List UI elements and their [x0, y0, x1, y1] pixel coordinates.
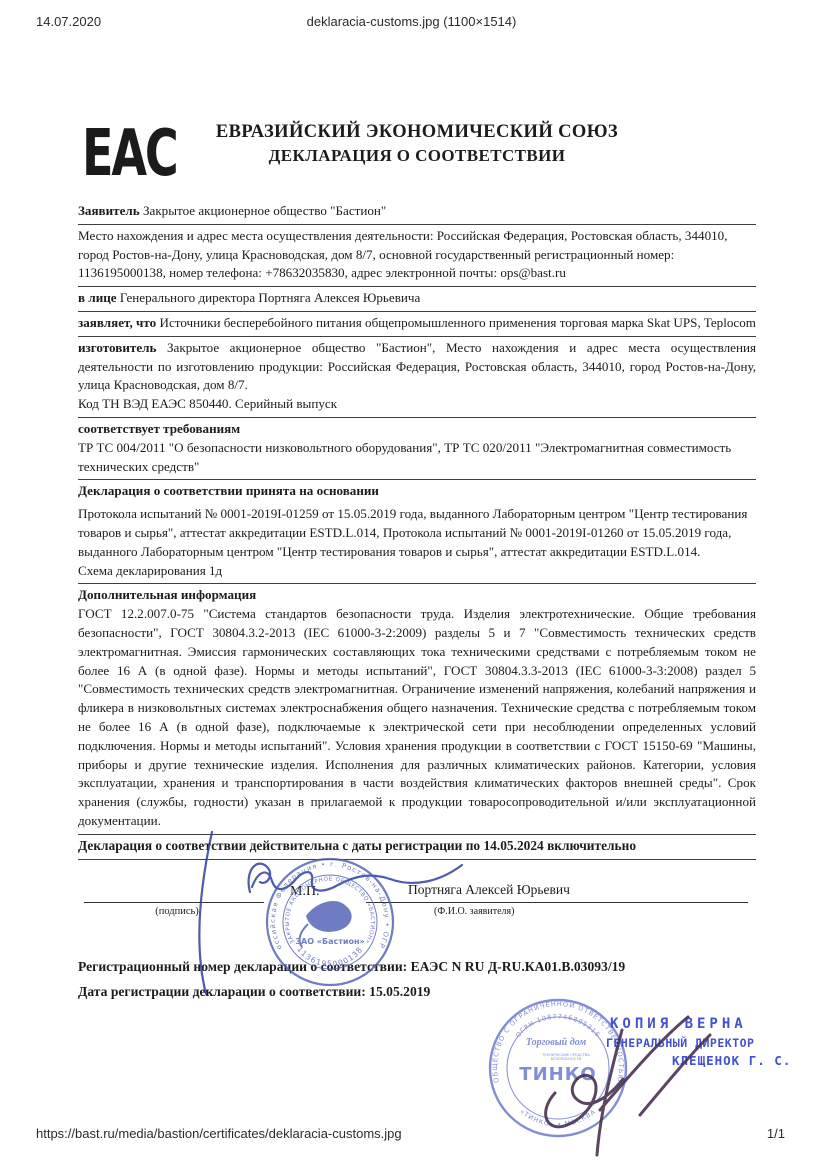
registration-date-line: Дата регистрации декларации о соответств…: [78, 979, 756, 1004]
section-address: Место нахождения и адрес места осуществл…: [78, 225, 756, 287]
declaration-document: EAC ЕВРАЗИЙСКИЙ ЭКОНОМИЧЕСКИЙ СОЮЗ ДЕКЛА…: [78, 96, 756, 1004]
title-line-1: ЕВРАЗИЙСКИЙ ЭКОНОМИЧЕСКИЙ СОЮЗ: [78, 122, 756, 143]
registration-number-line: Регистрационный номер декларации о соотв…: [78, 954, 756, 979]
declares-label: заявляет, что: [78, 315, 156, 330]
applicant-label: Заявитель: [78, 203, 140, 218]
person-label: в лице: [78, 290, 117, 305]
requirements-heading: соответствует требованиям: [78, 420, 756, 439]
footer-url: https://bast.ru/media/bastion/certificat…: [36, 1126, 402, 1141]
document-masthead: EAC ЕВРАЗИЙСКИЙ ЭКОНОМИЧЕСКИЙ СОЮЗ ДЕКЛА…: [78, 96, 756, 200]
document-title: ЕВРАЗИЙСКИЙ ЭКОНОМИЧЕСКИЙ СОЮЗ ДЕКЛАРАЦИ…: [78, 96, 756, 166]
additional-info-heading: Дополнительная информация: [78, 586, 756, 605]
title-line-2: ДЕКЛАРАЦИЯ О СООТВЕТСТВИИ: [78, 146, 756, 166]
validity-line: Декларация о соответствии действительна …: [78, 835, 756, 860]
additional-info-text: ГОСТ 12.2.007.0-75 "Система стандартов б…: [78, 605, 756, 831]
footer-page-indicator: 1/1: [767, 1126, 785, 1141]
print-header: 14.07.2020 deklaracia-customs.jpg (1100×…: [36, 14, 787, 32]
requirements-text: ТР ТС 004/2011 "О безопасности низковоль…: [78, 439, 756, 477]
manta-ray-emblem: [306, 901, 352, 932]
print-footer: https://bast.ru/media/bastion/certificat…: [36, 1126, 787, 1144]
print-filename: deklaracia-customs.jpg (1100×1514): [36, 14, 787, 29]
address-text: Место нахождения и адрес места осуществл…: [78, 228, 728, 281]
applicant-value: Закрытое акционерное общество "Бастион": [143, 203, 386, 218]
bastion-stamp-center-name: ЗАО «Бастион»: [295, 937, 364, 946]
basis-text: Протокола испытаний № 0001-2019I-01259 о…: [78, 505, 756, 561]
manufacturer-label: изготовитель: [78, 340, 156, 355]
section-requirements: соответствует требованиям ТР ТС 004/2011…: [78, 418, 756, 480]
scheme-line: Схема декларирования 1д: [78, 562, 756, 581]
person-value: Генерального директора Портняга Алексея …: [120, 290, 420, 305]
section-person: в лице Генерального директора Портняга А…: [78, 287, 756, 312]
print-preview-page: 14.07.2020 deklaracia-customs.jpg (1100×…: [0, 0, 823, 1164]
eac-mark-logo: EAC: [82, 122, 176, 186]
bastion-stamp-outer-ring-text: Российская Федерация • г. Ростов-на-Дону…: [269, 860, 391, 951]
signature-caption: (подпись): [102, 906, 252, 917]
manufacturer-text: Закрытое акционерное общество "Бастион",…: [78, 340, 756, 393]
basis-heading: Декларация о соответствии принята на осн…: [78, 482, 756, 505]
fio-line: [366, 902, 748, 903]
signature-line: [84, 902, 264, 903]
applicant-fio: Портняга Алексей Юрьевич: [408, 882, 570, 898]
section-applicant: Заявитель Закрытое акционерное общество …: [78, 200, 756, 225]
declares-value: Источники бесперебойного питания общепро…: [160, 315, 756, 330]
fio-caption: (Ф.И.О. заявителя): [434, 906, 514, 917]
stamp-place-label: М.П.: [290, 884, 320, 900]
section-basis: Декларация о соответствии принята на осн…: [78, 480, 756, 584]
section-declares: заявляет, что Источники бесперебойного п…: [78, 312, 756, 337]
section-additional-info: Дополнительная информация ГОСТ 12.2.007.…: [78, 584, 756, 834]
section-manufacturer: изготовитель Закрытое акционерное общест…: [78, 337, 756, 418]
svg-text:Российская Федерация • г. Ро: Российская Федерация • г. Ростов-на-Дону…: [269, 860, 391, 951]
signature-block: (подпись) М.П. Портняга Алексей Юрьевич …: [78, 860, 756, 954]
product-code-line: Код ТН ВЭД ЕАЭС 850440. Серийный выпуск: [78, 395, 756, 414]
